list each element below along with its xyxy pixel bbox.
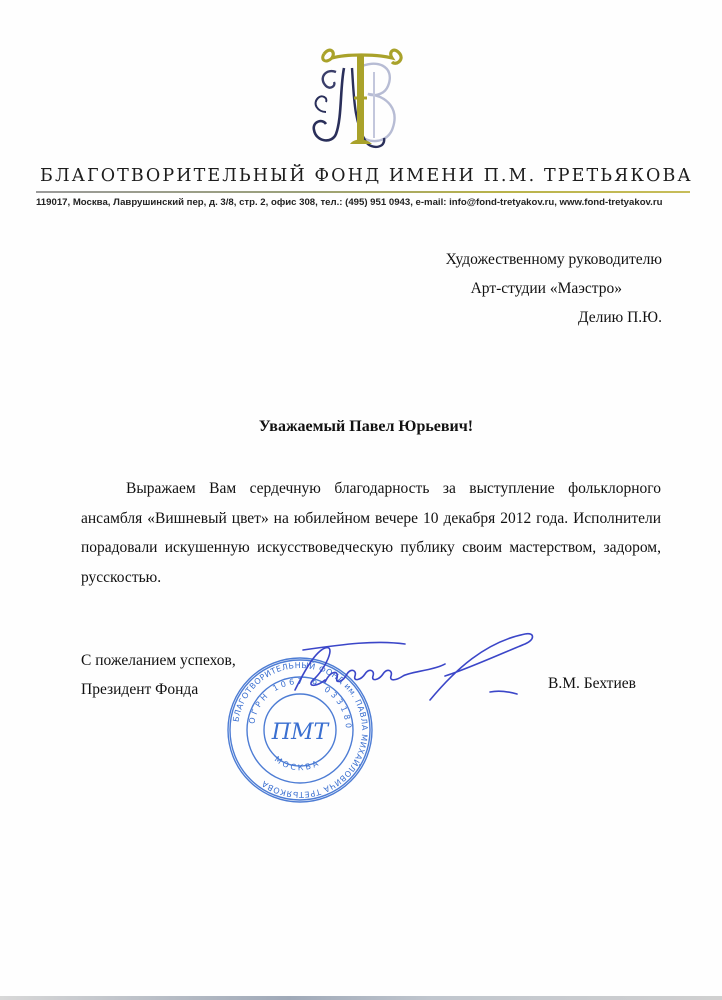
stamp-city: МОСКВА — [273, 755, 322, 773]
organization-contacts: 119017, Москва, Лаврушинский пер, д. 3/8… — [36, 197, 696, 208]
addressee-organization: Арт-студии «Маэстро» — [446, 274, 622, 303]
salutation: Уважаемый Павел Юрьевич! — [0, 418, 722, 436]
addressee-title: Художественному руководителю — [446, 245, 662, 274]
signer-name: В.М. Бехтиев — [548, 675, 636, 693]
header-divider — [36, 191, 690, 193]
stamp-monogram: ПМТ — [271, 720, 331, 745]
organization-name: БЛАГОТВОРИТЕЛЬНЫЙ ФОНД ИМЕНИ П.М. ТРЕТЬЯ… — [40, 166, 690, 186]
addressee-name: Делию П.Ю. — [446, 303, 662, 332]
closing-block: С пожеланием успехов, Президент Фонда — [81, 646, 236, 704]
body-paragraph: Выражаем Вам сердечную благодарность за … — [81, 474, 661, 592]
addressee-block: Художественному руководителю Арт-студии … — [446, 245, 662, 332]
closing-wish: С пожеланием успехов, — [81, 646, 236, 675]
letter-page: БЛАГОТВОРИТЕЛЬНЫЙ ФОНД ИМЕНИ П.М. ТРЕТЬЯ… — [0, 0, 722, 1000]
signer-position: Президент Фонда — [81, 675, 236, 704]
svg-text:МОСКВА: МОСКВА — [273, 755, 322, 773]
scan-edge — [0, 996, 722, 1000]
pmt-monogram-icon — [296, 38, 426, 158]
handwritten-signature-icon — [285, 630, 545, 710]
letter-body: Выражаем Вам сердечную благодарность за … — [81, 474, 661, 592]
